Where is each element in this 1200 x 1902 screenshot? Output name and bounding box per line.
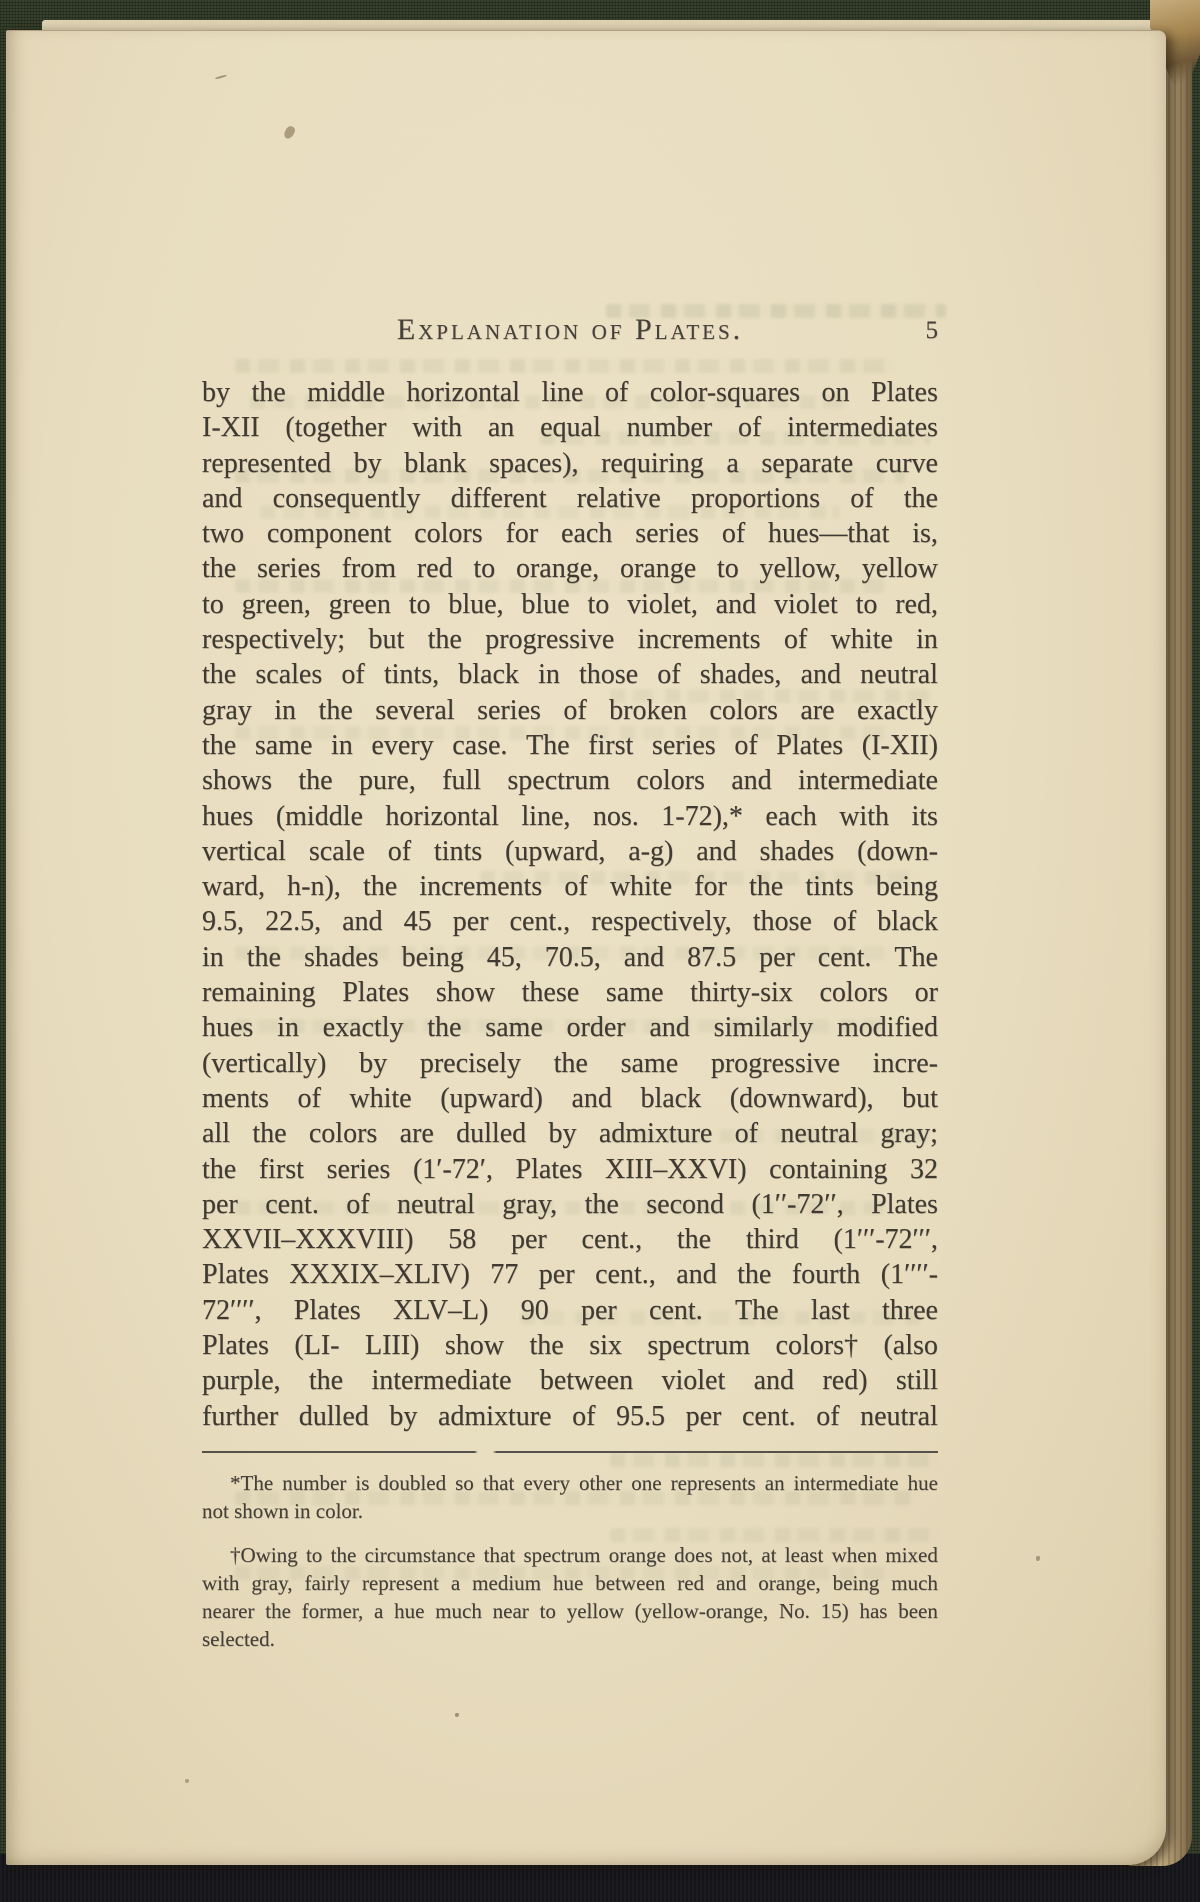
page-title: Explanation of Plates.: [202, 313, 938, 347]
footnote-line: withgray,fairlyrepresentamediumhuebetwee…: [202, 1571, 938, 1599]
paper-speck: [455, 1713, 459, 1717]
body-line: thefirstseries(1′-72′,PlatesXIII–XXVI)co…: [202, 1154, 938, 1189]
body-line: togreen,greentoblue,bluetoviolet,andviol…: [202, 589, 938, 624]
footnote-line: selected.: [202, 1627, 938, 1655]
body-line: 72′′′′,PlatesXLV–L)90percent.Thelastthre…: [202, 1295, 938, 1330]
footnote: †Owingtothecircumstancethatspectrumorang…: [202, 1543, 938, 1655]
photo-of-book-page: { "page": { "header": { "title": "Explan…: [0, 0, 1200, 1902]
footnote-line: nearertheformer,ahuemuchneartoyellow(yel…: [202, 1599, 938, 1627]
body-line: mentsofwhite(upward)andblack(downward),b…: [202, 1083, 938, 1118]
body-line: grayintheseveralseriesofbrokencolorsaree…: [202, 695, 938, 730]
body-line: furtherdulledbyadmixtureof95.5percent.of…: [202, 1401, 938, 1436]
paper-speck: [215, 74, 227, 79]
body-line: allthecolorsaredulledbyadmixtureofneutra…: [202, 1118, 938, 1153]
body-line: intheshadesbeing45,70.5,and87.5percent.T…: [202, 942, 938, 977]
footnotes: *Thenumberisdoubledsothateveryotheronere…: [202, 1471, 938, 1655]
body-line: respectively;buttheprogressiveincrements…: [202, 624, 938, 659]
body-line: (vertically)bypreciselythesameprogressiv…: [202, 1048, 938, 1083]
paper-speck: [185, 1779, 189, 1783]
body-line: thescalesoftints,blackinthoseofshades,an…: [202, 659, 938, 694]
paper-speck: [1036, 1556, 1040, 1561]
body-line: PlatesXXXIX–XLIV)77percent.,andthefourth…: [202, 1259, 938, 1294]
body-line: XXVII–XXXVIII)58percent.,thethird(1′′′-7…: [202, 1224, 938, 1259]
footnote-line: not shown in color.: [202, 1499, 938, 1527]
show-through-mark: [610, 1453, 940, 1467]
body-line: I-XII(togetherwithanequalnumberofinterme…: [202, 412, 938, 447]
book-page: Explanation of Plates. 5 bythemiddlehori…: [6, 30, 1166, 1865]
body-line: thesameineverycase.ThefirstseriesofPlate…: [202, 730, 938, 765]
body-line: hues(middlehorizontalline,nos.1-72),*eac…: [202, 801, 938, 836]
footnote-line: †Owingtothecircumstancethatspectrumorang…: [202, 1543, 938, 1571]
page-number: 5: [926, 317, 939, 345]
body-line: twocomponentcolorsforeachseriesofhues—th…: [202, 518, 938, 553]
body-line: ward,h-n),theincrementsofwhiteforthetint…: [202, 871, 938, 906]
running-header: Explanation of Plates. 5: [202, 313, 938, 347]
body-line: percent.ofneutralgray,thesecond(1′′-72′′…: [202, 1189, 938, 1224]
body-line: verticalscaleoftints(upward,a-g)andshade…: [202, 836, 938, 871]
body-line: remainingPlatesshowthesesamethirty-sixco…: [202, 977, 938, 1012]
body-line: theseriesfromredtoorange,orangetoyellow,…: [202, 553, 938, 588]
footnote-rule: [202, 1451, 938, 1453]
paper-speck: [283, 125, 297, 141]
footnote: *Thenumberisdoubledsothateveryotheronere…: [202, 1471, 938, 1527]
body-line: purple,theintermediatebetweenvioletandre…: [202, 1365, 938, 1400]
body-line: andconsequentlydifferentrelativeproporti…: [202, 483, 938, 518]
footnote-line: *Thenumberisdoubledsothateveryotheronere…: [202, 1471, 938, 1499]
body-line: 9.5,22.5,and45percent.,respectively,thos…: [202, 906, 938, 941]
body-line: bythemiddlehorizontallineofcolor-squares…: [202, 377, 938, 412]
body-line: Plates(LI-LIII)showthesixspectrumcolors†…: [202, 1330, 938, 1365]
body-line: showsthepure,fullspectrumcolorsandinterm…: [202, 765, 938, 800]
body-line: huesinexactlythesameorderandsimilarlymod…: [202, 1012, 938, 1047]
body-line: representedbyblankspaces),requiringasepa…: [202, 448, 938, 483]
body-text: bythemiddlehorizontallineofcolor-squares…: [202, 377, 938, 1436]
show-through-mark: [235, 359, 895, 373]
